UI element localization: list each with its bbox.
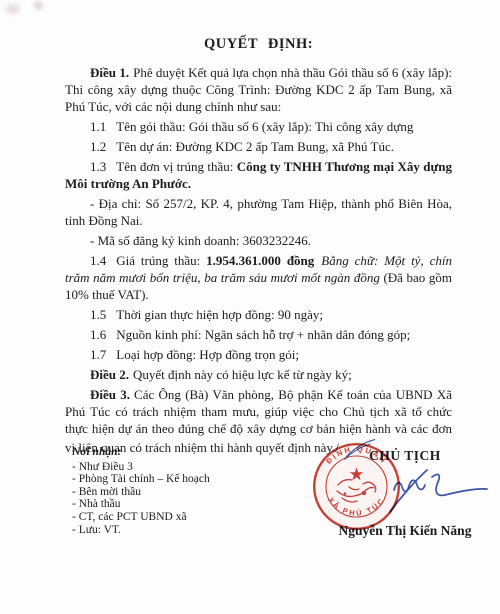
item-number: 1.5 [90,307,106,322]
recipient-item: - CT, các PCT UBND xã [72,511,282,524]
item-text: Loại hợp đồng: Hợp đồng trọn gói; [116,347,299,362]
recipient-item: - Như Điều 3 [72,461,282,474]
article-3-label: Điều 3. [90,387,130,402]
item-1-4: 1.4Giá trúng thầu: 1.954.361.000 đồngBằn… [65,252,452,303]
item-1-7: 1.7Loại hợp đồng: Hợp đồng trọn gói; [65,346,452,363]
item-1-2: 1.2Tên dự án: Đường KDC 2 ấp Tam Bung, x… [65,138,452,155]
item-text: Nguồn kinh phí: Ngân sách hỗ trợ + nhân … [116,327,410,342]
item-number: 1.2 [90,139,106,154]
item-text: Tên dự án: Đường KDC 2 ấp Tam Bung, xã P… [116,139,394,154]
article-2-text: Quyết định này có hiệu lực kể từ ngày ký… [133,367,352,382]
scan-smudge [34,1,43,10]
contractor-address: - Địa chỉ: Số 257/2, KP. 4, phường Tam H… [65,195,452,229]
recipient-item: - Phòng Tài chính – Kế hoạch [72,473,282,486]
handwritten-signature [328,458,493,520]
item-number: 1.3 [90,159,106,174]
recipients-block: Nơi nhận: - Như Điều 3 - Phòng Tài chính… [72,446,282,536]
article-2-label: Điều 2. [90,367,129,382]
winning-bid-amount: 1.954.361.000 đồng [206,253,314,268]
scan-smudge [6,4,20,14]
recipient-item: - Bên mời thầu [72,486,282,499]
document-title: QUYẾT ĐỊNH: [65,36,452,53]
item-1-3: 1.3Tên đơn vị trúng thầu: Công ty TNHH T… [65,158,452,192]
business-registration-number: - Mã số đăng ký kinh doanh: 3603232246. [65,232,452,249]
item-1-1: 1.1Tên gói thầu: Gói thầu số 6 (xây lắp)… [65,118,452,135]
item-text: Thời gian thực hiện hợp đồng: 90 ngày; [116,307,323,322]
recipient-item: - Lưu: VT. [72,524,282,537]
item-1-6: 1.6Nguồn kinh phí: Ngân sách hỗ trợ + nh… [65,326,452,343]
article-2: Điều 2.Quyết định này có hiệu lực kể từ … [65,366,452,383]
article-1-label: Điều 1. [90,65,129,80]
recipient-item: - Nhà thầu [72,498,282,511]
item-1-5: 1.5Thời gian thực hiện hợp đồng: 90 ngày… [65,306,452,323]
item-text: Tên gói thầu: Gói thầu số 6 (xây lắp): T… [116,119,413,134]
item-number: 1.7 [90,347,106,362]
recipients-header: Nơi nhận: [72,446,282,459]
item-number: 1.1 [90,119,106,134]
item-text: Tên đơn vị trúng thầu: [116,159,237,174]
item-text: Giá trúng thầu: [116,253,206,268]
item-number: 1.4 [90,253,106,268]
document-page: QUYẾT ĐỊNH: Điều 1.Phê duyệt Kết quả lựa… [0,0,500,614]
item-number: 1.6 [90,327,106,342]
article-1: Điều 1.Phê duyệt Kết quả lựa chọn nhà th… [65,64,452,115]
